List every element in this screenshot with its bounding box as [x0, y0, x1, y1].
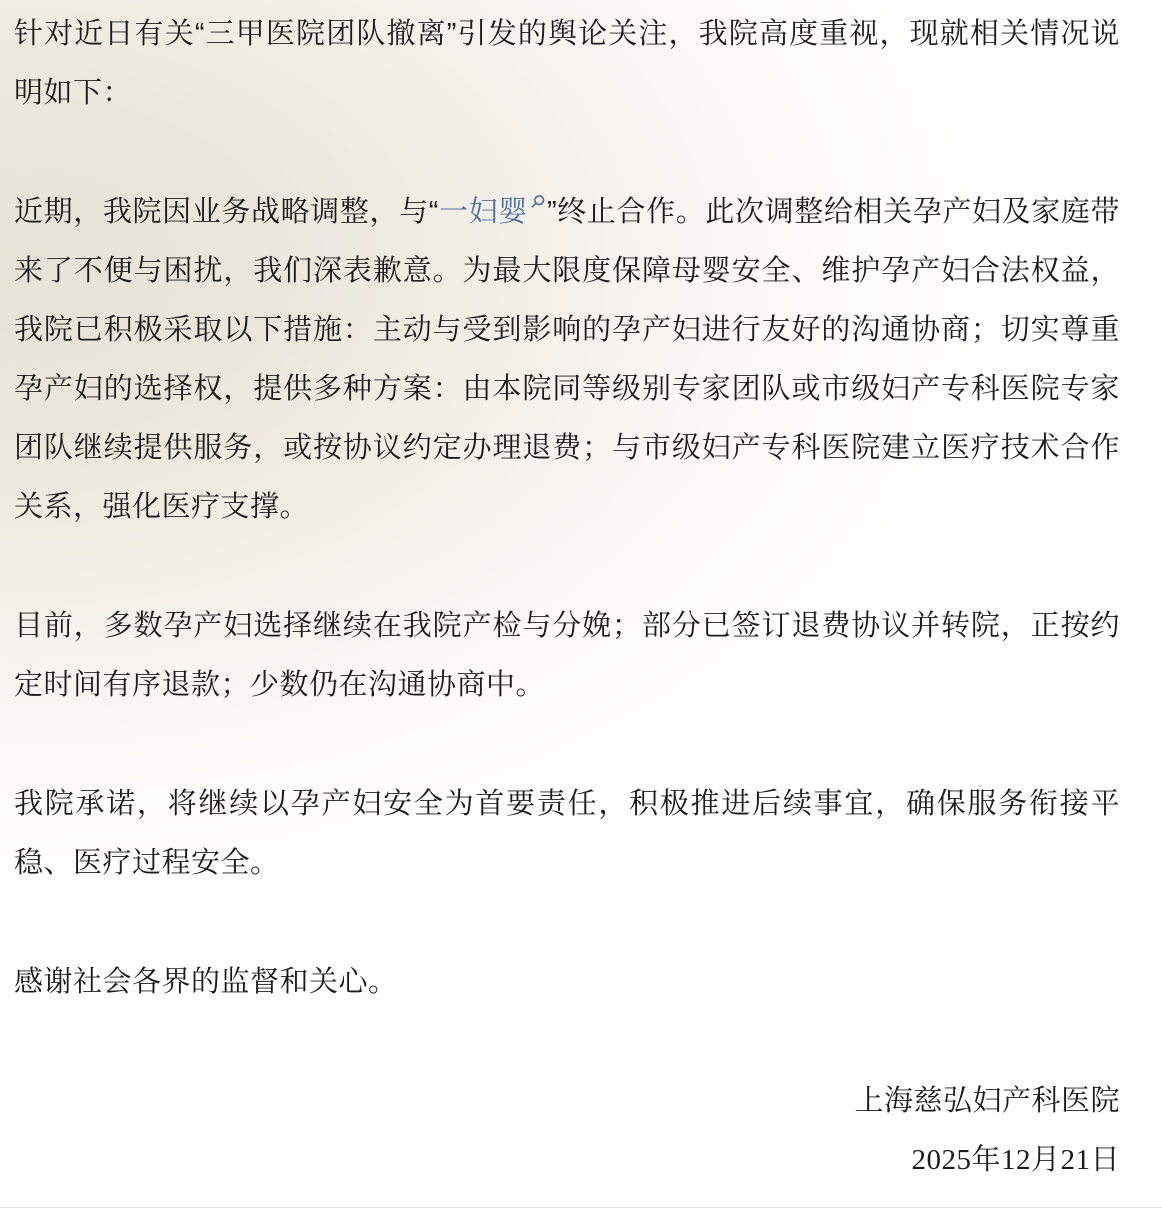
announcement-body: 针对近日有关“三甲医院团队撤离”引发的舆论关注，我院高度重视，现就相关情况说明如…	[0, 0, 1162, 1190]
bottom-strip	[0, 1208, 1162, 1218]
signature-hospital-name: 上海慈弘妇产科医院	[14, 1072, 1120, 1131]
entity-link-yifuying[interactable]: 一妇婴	[439, 196, 547, 228]
announcement-page: 针对近日有关“三甲医院团队撤离”引发的舆论关注，我院高度重视，现就相关情况说明如…	[0, 0, 1162, 1218]
paragraph-thanks: 感谢社会各界的监督和关心。	[14, 953, 1120, 1012]
signature-date: 2025年12月21日	[14, 1131, 1120, 1190]
paragraph-measures-text-before: 近期，我院因业务战略调整，与“	[14, 196, 439, 228]
paragraph-status: 目前，多数孕产妇选择继续在我院产检与分娩；部分已签订退费协议并转院，正按约定时间…	[14, 597, 1120, 715]
paragraph-intro: 针对近日有关“三甲医院团队撤离”引发的舆论关注，我院高度重视，现就相关情况说明如…	[14, 5, 1120, 123]
paragraph-measures-text-after: ”终止合作。此次调整给相关孕产妇及家庭带来了不便与困扰，我们深表歉意。为最大限度…	[14, 196, 1120, 523]
entity-link-label[interactable]: 一妇婴	[439, 196, 528, 228]
paragraph-commitment: 我院承诺，将继续以孕产妇安全为首要责任，积极推进后续事宜，确保服务衔接平稳、医疗…	[14, 775, 1120, 893]
signature-block: 上海慈弘妇产科医院 2025年12月21日	[14, 1072, 1120, 1190]
bottom-divider	[0, 1207, 1162, 1208]
paragraph-measures: 近期，我院因业务战略调整，与“一妇婴 ”终止合作。此次调整给相关孕产妇及家庭带来…	[14, 183, 1120, 537]
search-icon[interactable]	[530, 194, 546, 210]
